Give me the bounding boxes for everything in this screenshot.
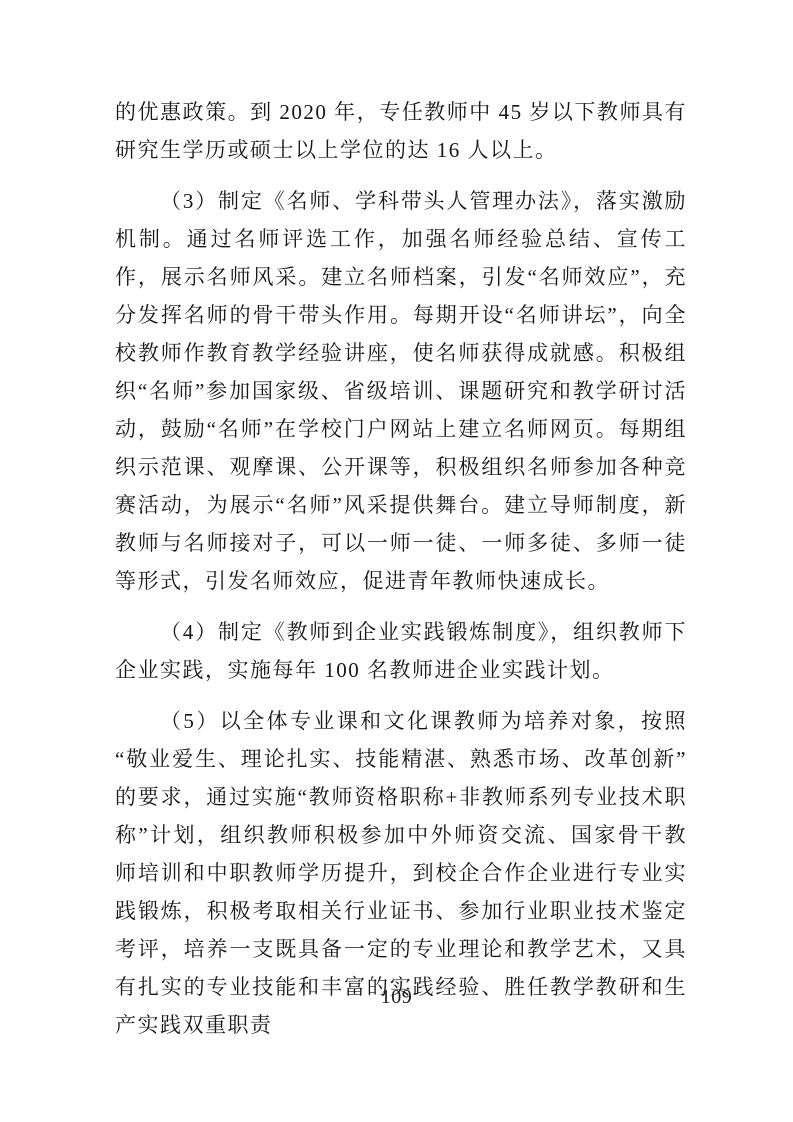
page-number: 109	[0, 986, 793, 1009]
page-body-text: 的优惠政策。到 2020 年，专任教师中 45 岁以下教师具有研究生学历或硕士以…	[115, 93, 687, 1044]
paragraph-item-3: （3）制定《名师、学科带头人管理办法》，落实激励机制。通过名师评选工作，加强名师…	[115, 182, 687, 600]
paragraph-item-4: （4）制定《教师到企业实践锻炼制度》，组织教师下企业实践，实施每年 100 名教…	[115, 613, 687, 689]
paragraph-continuation: 的优惠政策。到 2020 年，专任教师中 45 岁以下教师具有研究生学历或硕士以…	[115, 93, 687, 169]
document-page: 的优惠政策。到 2020 年，专任教师中 45 岁以下教师具有研究生学历或硕士以…	[0, 0, 793, 1122]
